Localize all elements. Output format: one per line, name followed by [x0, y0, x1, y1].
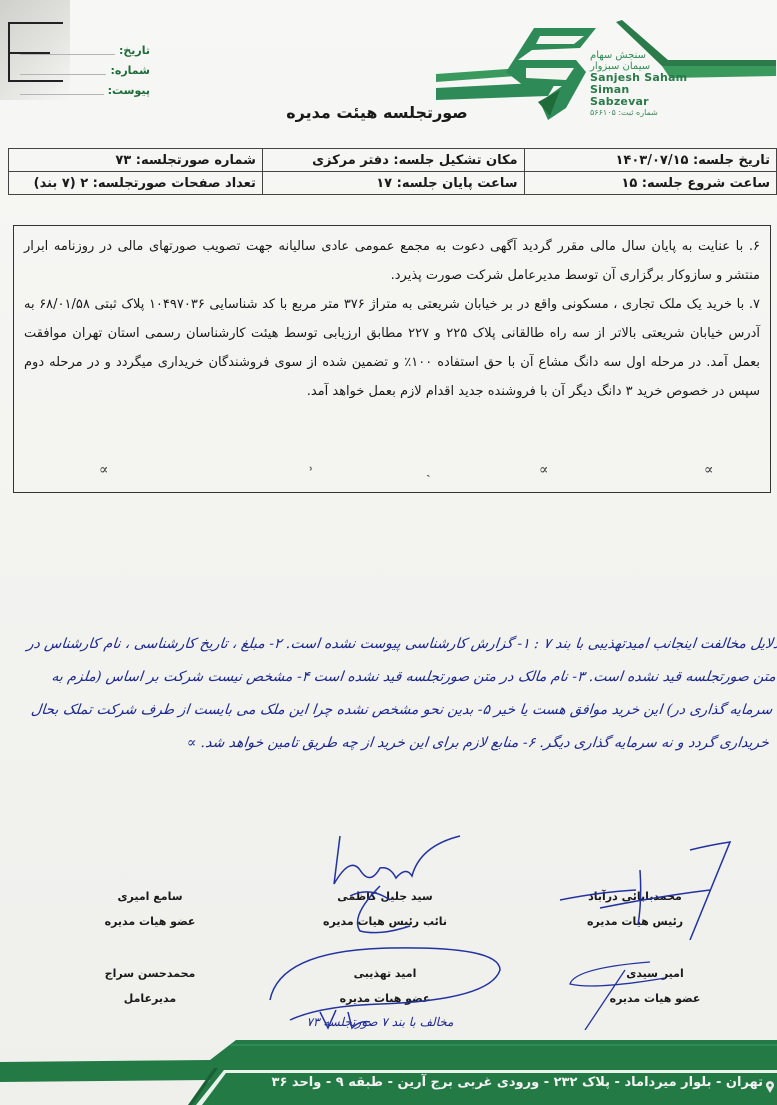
- logo-text-block: سنجش سهام سیمان سبزوار Sanjesh Saham Sim…: [590, 50, 688, 117]
- signatory-name: امیر سیدی: [580, 967, 730, 980]
- meeting-info-table: تاریخ جلسه: ۱۴۰۳/۰۷/۱۵ مکان تشکیل جلسه: …: [8, 148, 777, 195]
- initial-mark: ˒: [309, 462, 313, 478]
- meta-label: پیوست:: [108, 84, 150, 97]
- handwritten-line: سرمایه گذاری در) این خرید موافق هست یا خ…: [3, 694, 774, 727]
- page-count-cell: تعداد صفحات صورتجلسه: ۲ (۷ بند): [9, 172, 263, 195]
- signatory-name: سامع امیری: [75, 890, 225, 903]
- signatory-name: محمدحسن سراج: [75, 967, 225, 980]
- meeting-location-cell: مکان تشکیل جلسه: دفتر مرکزی: [262, 149, 524, 172]
- initial-mark: ∝: [704, 462, 713, 478]
- meta-blank-line: [20, 66, 106, 75]
- signature-block-vice-chairman: سید جلیل کاظمی نائب رئیس هیات مدیره: [310, 890, 460, 928]
- initial-mark: ∝: [539, 462, 548, 478]
- table-row: ساعت شروع جلسه: ۱۵ ساعت پایان جلسه: ۱۷ ت…: [9, 172, 777, 195]
- initial-mark: ∝: [99, 462, 108, 478]
- start-time-cell: ساعت شروع جلسه: ۱۵: [524, 172, 776, 195]
- dissent-annotation: مخالف با بند ۷ صورتجلسه ۷۳: [275, 1015, 485, 1029]
- signatory-role: عضو هیات مدیره: [580, 992, 730, 1005]
- footer-address: تهران - بلوار میرداماد - پلاک ۲۳۲ - ورود…: [272, 1075, 763, 1090]
- handwritten-line: دلایل مخالفت اینجانب امیدتهذیبی با بند ۷…: [9, 628, 777, 661]
- initial-mark: ˎ: [426, 462, 431, 479]
- header-meta-fields: تاریخ: شماره: پیوست:: [20, 40, 150, 100]
- handwritten-line: متن صورتجلسه قید نشده است. ۳- نام مالک د…: [6, 661, 777, 694]
- meta-label: شماره:: [110, 64, 150, 77]
- meta-field-number: شماره:: [20, 60, 150, 80]
- meta-blank-line: [20, 86, 104, 95]
- handwritten-line: خریداری گردد و نه سرمایه گذاری دیگر. ۶- …: [0, 727, 771, 760]
- meeting-date-cell: تاریخ جلسه: ۱۴۰۳/۰۷/۱۵: [524, 149, 776, 172]
- meta-blank-line: [20, 46, 115, 55]
- resolutions-box: ۶. با عنایت به پایان سال مالی مقرر گردید…: [13, 225, 771, 493]
- meta-field-attachment: پیوست:: [20, 80, 150, 100]
- signature-block-ceo: محمدحسن سراج مدیرعامل: [75, 967, 225, 1005]
- signatory-role: عضو هیات مدیره: [75, 915, 225, 928]
- logo-registration-number: شماره ثبت: ۵۶۶۱۰۵: [590, 108, 688, 117]
- signature-block-board-member-dissent: امید تهذیبی عضو هیات مدیره: [310, 967, 460, 1005]
- signatory-role: رئیس هیات مدیره: [560, 915, 710, 928]
- signatory-role: عضو هیات مدیره: [310, 992, 460, 1005]
- meta-field-date: تاریخ:: [20, 40, 150, 60]
- signature-block-chairman: محمدبابائی درآباد رئیس هیات مدیره: [560, 890, 710, 928]
- meta-label: تاریخ:: [119, 44, 150, 57]
- handwritten-dissent-note: دلایل مخالفت اینجانب امیدتهذیبی با بند ۷…: [0, 628, 777, 760]
- signature-block-board-member: سامع امیری عضو هیات مدیره: [75, 890, 225, 928]
- end-time-cell: ساعت پایان جلسه: ۱۷: [262, 172, 524, 195]
- signatory-role: نائب رئیس هیات مدیره: [310, 915, 460, 928]
- document-page: تاریخ: شماره: پیوست: صورتجلسه هیئت مدیره…: [0, 0, 777, 1105]
- location-pin-icon: [765, 1081, 775, 1093]
- signature-block-board-member: امیر سیدی عضو هیات مدیره: [580, 967, 730, 1005]
- resolution-item-7: ۷. با خرید یک ملک تجاری ، مسکونی واقع در…: [24, 290, 760, 406]
- signatory-role: مدیرعامل: [75, 992, 225, 1005]
- signatory-name: سید جلیل کاظمی: [310, 890, 460, 903]
- logo-en-line2: Siman Sabzevar: [590, 84, 688, 108]
- signatory-name: محمدبابائی درآباد: [560, 890, 710, 903]
- logo-fa-line1: سنجش سهام: [590, 50, 688, 61]
- resolution-item-6: ۶. با عنایت به پایان سال مالی مقرر گردید…: [24, 232, 760, 290]
- table-row: تاریخ جلسه: ۱۴۰۳/۰۷/۱۵ مکان تشکیل جلسه: …: [9, 149, 777, 172]
- footer-band: [0, 1040, 777, 1105]
- member-initials-row: ∝ ˒ ˎ ∝ ∝: [14, 462, 770, 482]
- minutes-number-cell: شماره صورتجلسه: ۷۳: [9, 149, 263, 172]
- signatory-name: امید تهذیبی: [310, 967, 460, 980]
